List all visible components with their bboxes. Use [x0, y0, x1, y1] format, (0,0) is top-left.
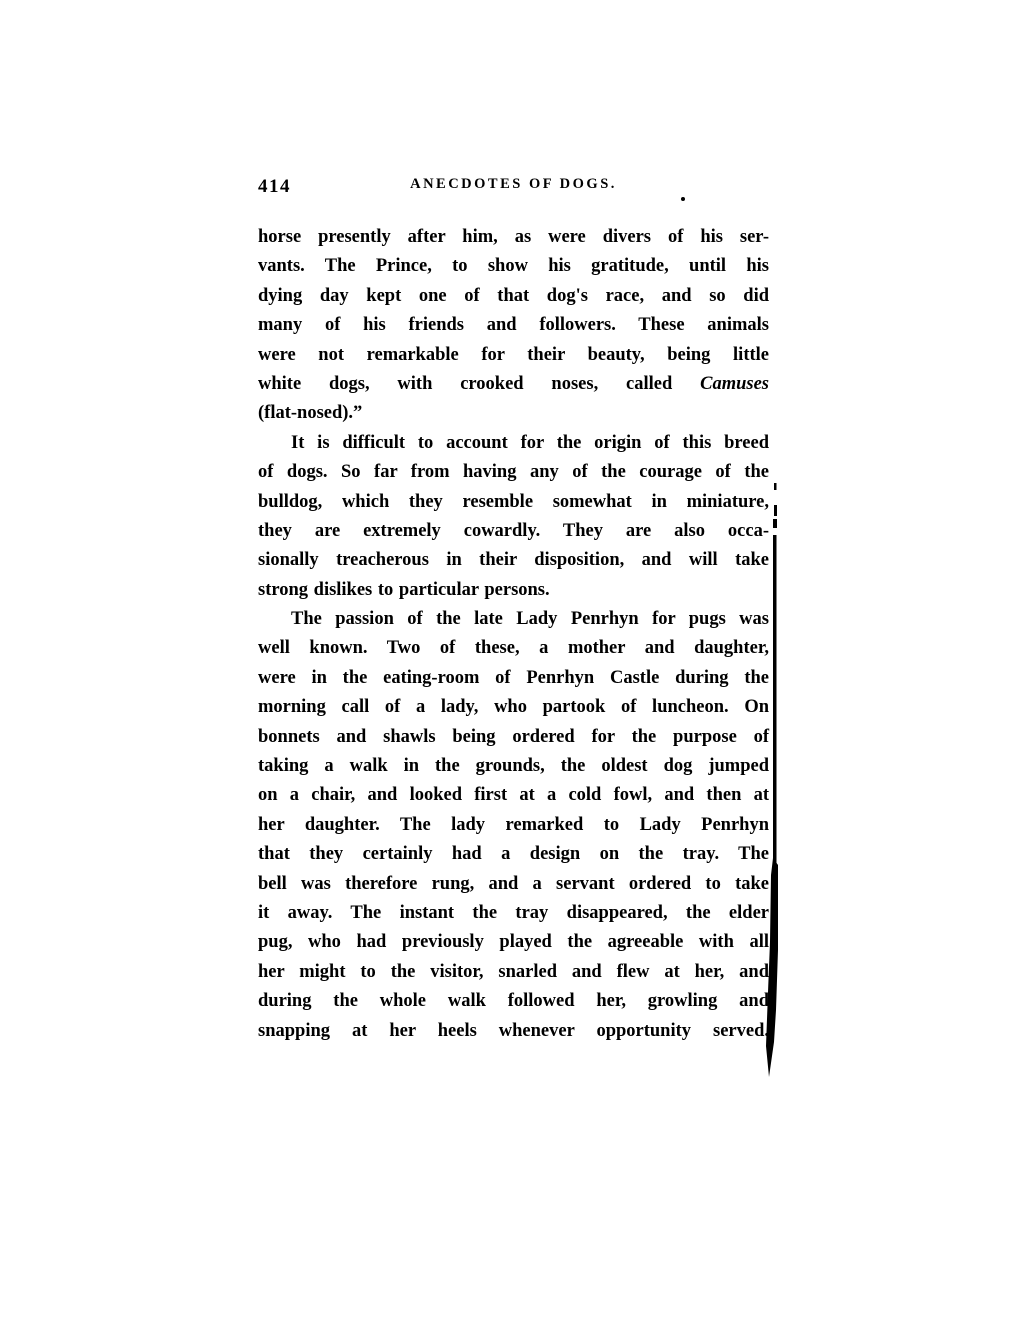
text-line: pug, who had previously played the agree… [258, 928, 769, 957]
text-line: bell was therefore rung, and a servant o… [258, 870, 769, 899]
text-line: It is difficult to account for the origi… [258, 429, 769, 458]
text-line: it away. The instant the tray disappeare… [258, 899, 769, 928]
text-line: well known. Two of these, a mother and d… [258, 634, 769, 663]
text-line: dying day kept one of that dog's race, a… [258, 282, 769, 311]
text-line: during the whole walk followed her, grow… [258, 987, 769, 1016]
page-number: 414 [258, 176, 291, 198]
running-title: ANECDOTES OF DOGS. [258, 176, 769, 193]
page-header: 414 ANECDOTES OF DOGS. [258, 176, 769, 196]
scan-ink-dot [681, 197, 685, 201]
text-line: morning call of a lady, who partook of l… [258, 693, 769, 722]
text-line: many of his friends and followers. These… [258, 311, 769, 340]
text-line: on a chair, and looked first at a cold f… [258, 781, 769, 810]
text-line: The passion of the late Lady Penrhyn for… [258, 605, 769, 634]
text-line: horse presently after him, as were diver… [258, 223, 769, 252]
text-line: taking a walk in the grounds, the oldest… [258, 752, 769, 781]
body-text: horse presently after him, as were diver… [258, 223, 769, 1046]
text-line: her daughter. The lady remarked to Lady … [258, 811, 769, 840]
text-line: strong dislikes to particular persons. [258, 576, 769, 605]
text-line: vants. The Prince, to show his gratitude… [258, 252, 769, 281]
text-line: that they certainly had a design on the … [258, 840, 769, 869]
text-line: were in the eating-room of Penrhyn Castl… [258, 664, 769, 693]
italic-word: Camuses [700, 374, 769, 394]
text-line: bonnets and shawls being ordered for the… [258, 723, 769, 752]
text-line: sionally treacherous in their dispositio… [258, 546, 769, 575]
scan-binding-shadow [755, 480, 795, 1080]
text-segment: white dogs, with crooked noses, called [258, 374, 700, 394]
text-line: of dogs. So far from having any of the c… [258, 458, 769, 487]
text-line: white dogs, with crooked noses, called C… [258, 370, 769, 399]
book-page: 414 ANECDOTES OF DOGS. horse presently a… [258, 176, 769, 1046]
text-line: bulldog, which they resemble somewhat in… [258, 488, 769, 517]
text-line: (flat-nosed).” [258, 399, 769, 428]
text-line: were not remarkable for their beauty, be… [258, 341, 769, 370]
text-line: they are extremely cowardly. They are al… [258, 517, 769, 546]
text-line: her might to the visitor, snarled and fl… [258, 958, 769, 987]
text-line: snapping at her heels whenever opportuni… [258, 1017, 769, 1046]
